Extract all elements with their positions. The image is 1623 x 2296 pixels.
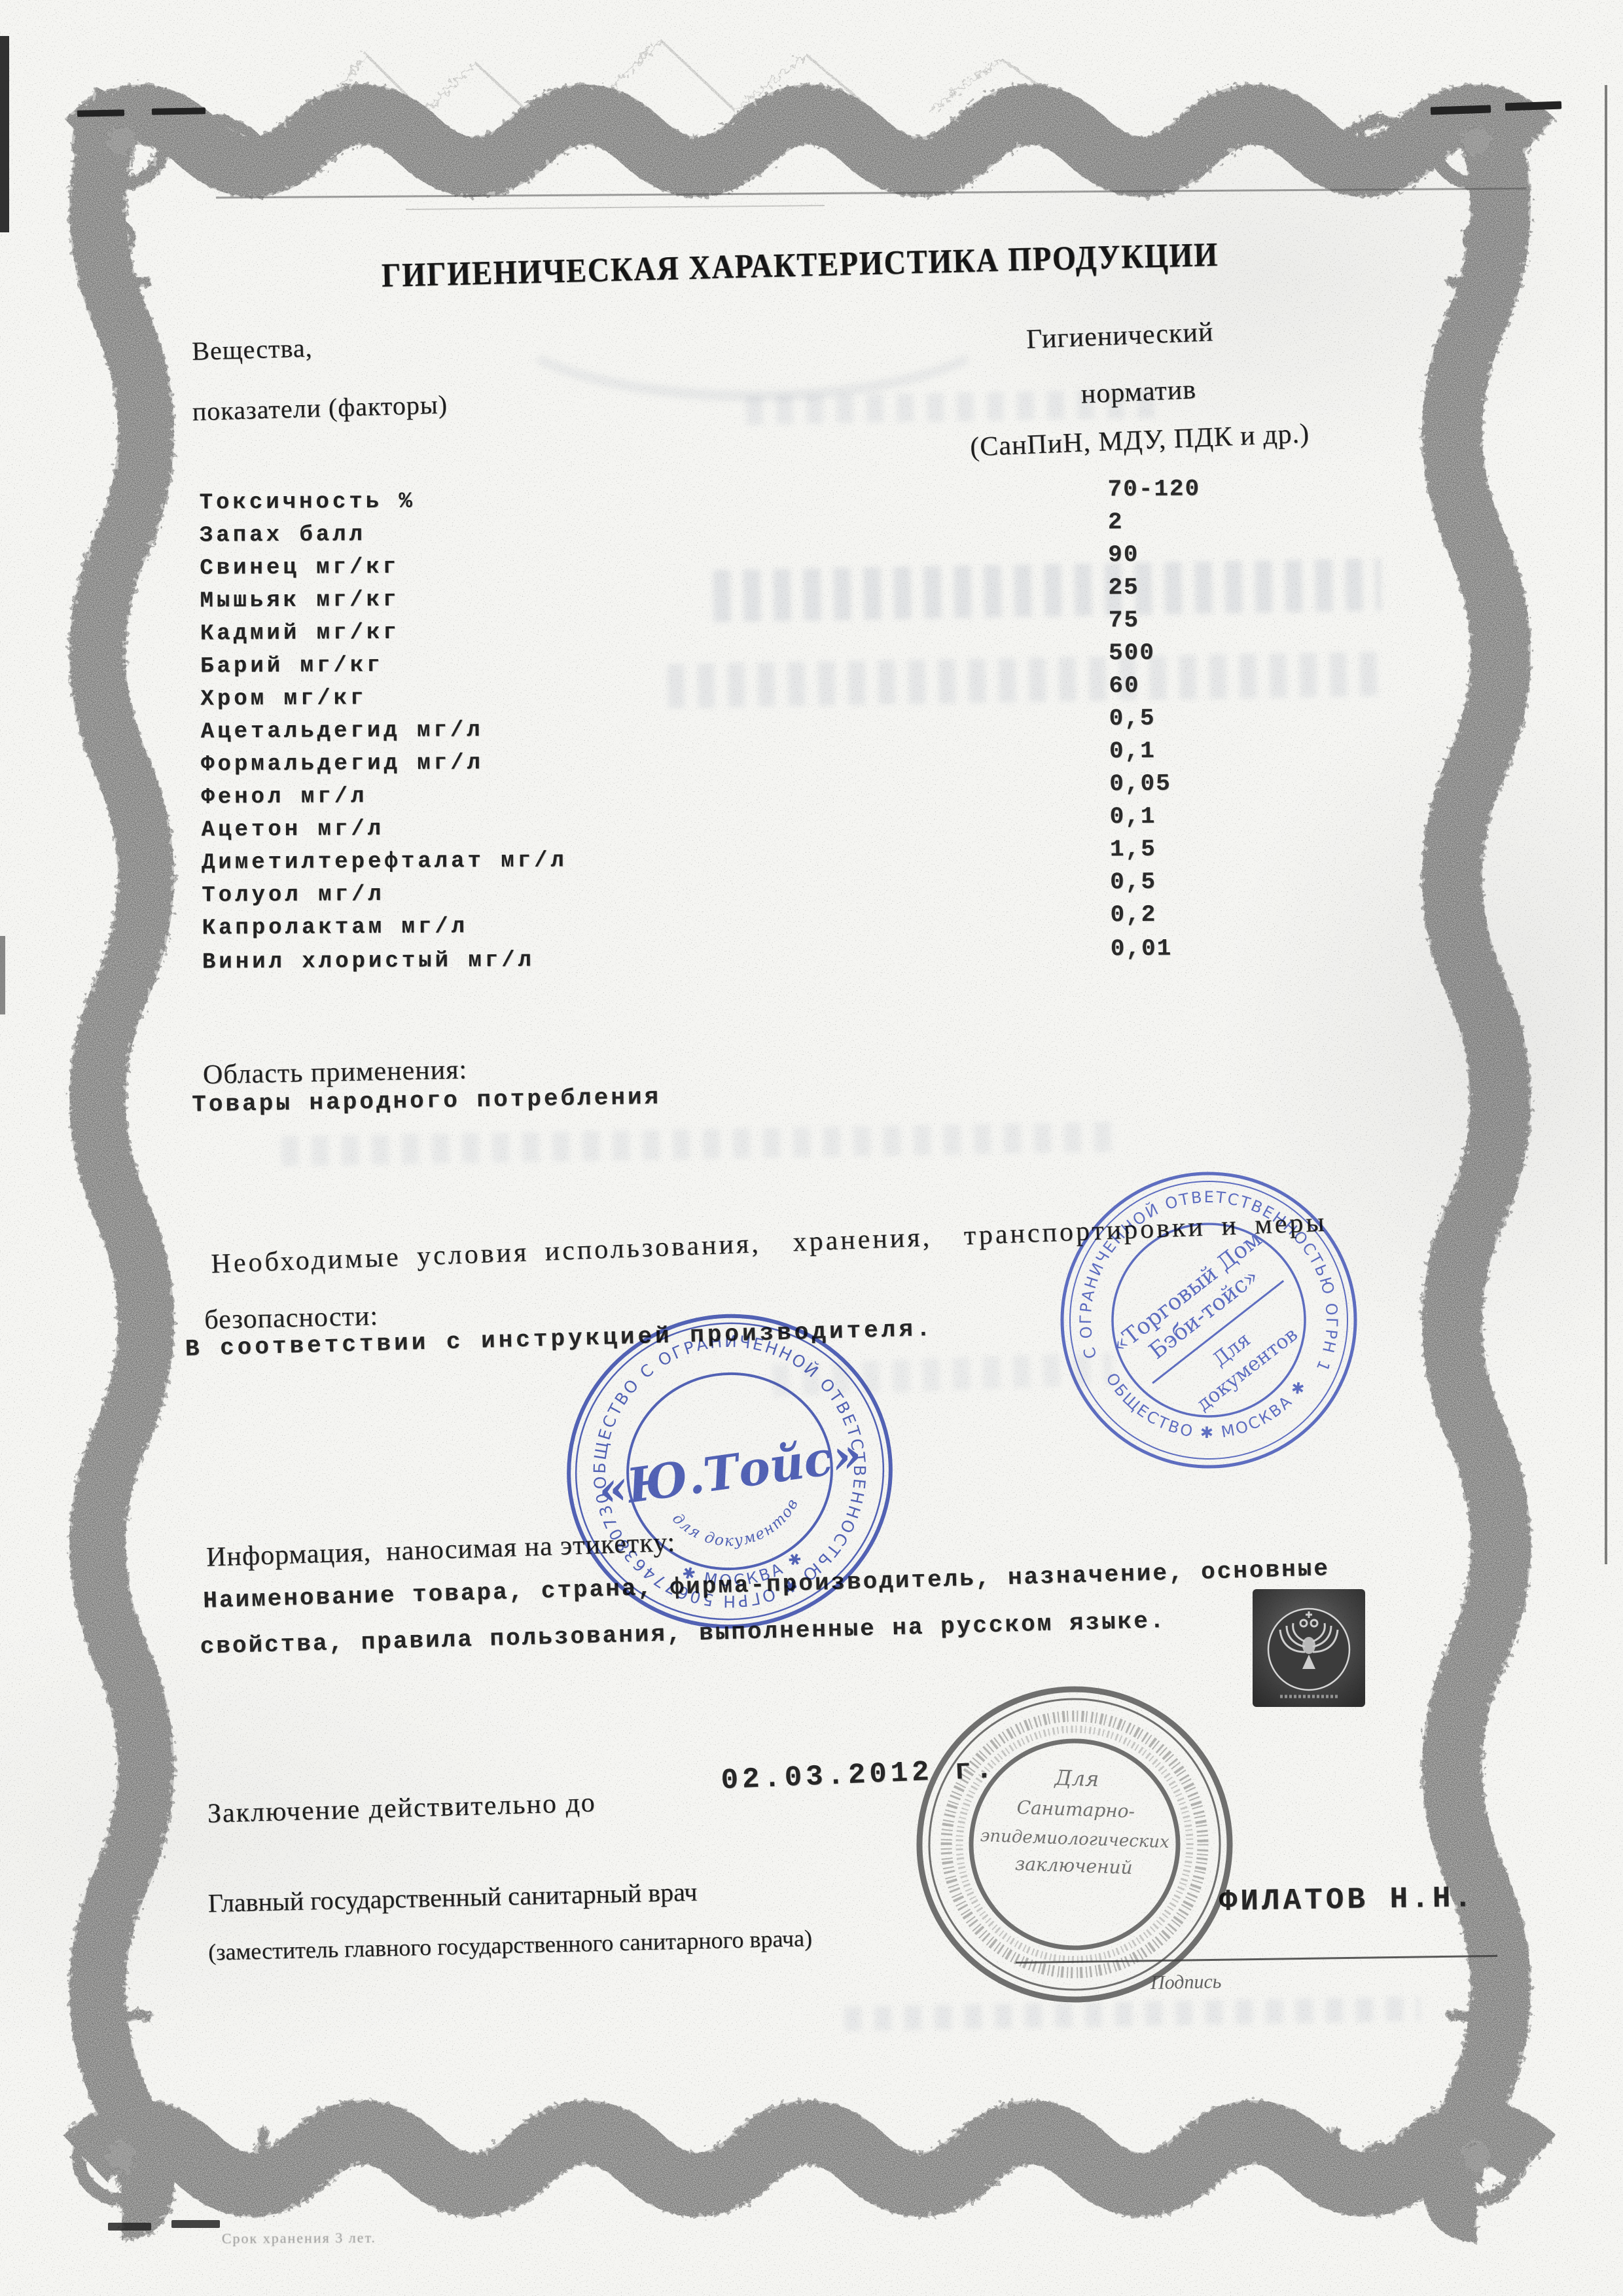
table-header-right-line3: (СанПиН, МДУ, ПДК и др.)	[969, 418, 1310, 463]
substance-value: 0,1	[1110, 803, 1156, 830]
table-header-left-line2: показатели (факторы)	[192, 389, 448, 427]
table-header-left-line1: Вещества,	[192, 332, 313, 367]
table-header-right-line1: Гигиенический	[1026, 316, 1214, 355]
substance-value: 25	[1108, 574, 1139, 601]
hologram-eagle-emblem	[1253, 1589, 1365, 1707]
table-row: Ацетон мг/л 0,1	[202, 801, 1445, 840]
scan-edge-artifact	[1605, 85, 1607, 1564]
substance-value: 0,01	[1111, 935, 1173, 963]
substance-label: Диметилтерефталат мг/л	[202, 848, 567, 875]
official-title-line1: Главный государственный санитарный врач	[207, 1876, 698, 1919]
scope-label: Область применения:	[203, 1054, 468, 1090]
table-row: Винил хлористый мг/л 0,01	[202, 933, 1446, 973]
table-row: Ацетальдегид мг/л 0,5	[201, 703, 1444, 742]
scan-edge-artifact	[0, 936, 5, 1014]
conditions-label-line2: безопасности:	[204, 1300, 379, 1336]
substance-label: Толуол мг/л	[202, 882, 385, 908]
substance-value: 0,1	[1109, 738, 1156, 764]
table-row: Диметилтерефталат мг/л 1,5	[202, 834, 1445, 873]
sanitary-round-stamp: Для Санитарно- эпидемиологических заключ…	[895, 1664, 1255, 2024]
substance-label: Ацетон мг/л	[202, 817, 385, 843]
registration-dash	[108, 2223, 151, 2231]
substance-value: 90	[1108, 541, 1139, 568]
table-row: Хром мг/кг 60	[200, 670, 1444, 709]
table-row: Кадмий мг/кг 75	[200, 605, 1444, 644]
table-row: Капролактам мг/л 0,2	[202, 899, 1445, 939]
substance-label: Фенол мг/л	[201, 784, 367, 810]
document-content: ГИГИЕНИЧЕСКАЯ ХАРАКТЕРИСТИКА ПРОДУКЦИИ В…	[0, 0, 1623, 2296]
substance-value: 0,5	[1109, 705, 1156, 732]
sanitary-center-line1: Для	[1053, 1765, 1099, 1791]
substance-value: 0,5	[1110, 869, 1156, 895]
substance-value: 75	[1109, 607, 1139, 634]
official-title-line2: (заместитель главного государственного с…	[208, 1924, 813, 1966]
substance-label: Запах балл	[200, 522, 366, 548]
substance-label: Формальдегид мг/л	[201, 751, 484, 778]
substance-label: Ацетальдегид мг/л	[201, 718, 484, 745]
sanitary-center-line2: Санитарно-	[1016, 1797, 1135, 1822]
table-row: Токсичность % 70-120	[199, 474, 1442, 513]
scan-edge-artifact	[0, 36, 9, 232]
substance-label: Токсичность %	[200, 490, 416, 516]
table-row: Мышьяк мг/кг 25	[200, 572, 1443, 611]
table-row: Запах балл 2	[200, 507, 1443, 546]
substance-value: 0,2	[1110, 901, 1156, 928]
substance-value: 500	[1109, 639, 1155, 666]
substance-label: Хром мг/кг	[200, 686, 366, 712]
substance-label: Мышьяк мг/кг	[200, 588, 399, 614]
validity-label: Заключение действительно до	[207, 1787, 596, 1829]
substance-value: 60	[1109, 672, 1139, 699]
registration-dash	[77, 109, 124, 117]
babytoys-round-stamp: С ОГРАНИЧЕННОЙ ОТВЕТСТВЕННОСТЬЮ ОГРН 106…	[1050, 1161, 1368, 1479]
table-row: Барий мг/кг 500	[200, 637, 1444, 677]
substance-value: 70-120	[1107, 475, 1200, 503]
sanitary-center-line4: заключений	[1015, 1853, 1133, 1878]
table-row: Фенол мг/л 0,05	[201, 768, 1444, 808]
substance-label: Кадмий мг/кг	[200, 620, 400, 647]
storage-note: Срок хранения 3 лет.	[222, 2229, 376, 2247]
substance-label: Капролактам мг/л	[202, 914, 469, 941]
document-title: ГИГИЕНИЧЕСКАЯ ХАРАКТЕРИСТИКА ПРОДУКЦИИ	[368, 234, 1232, 295]
official-name: ФИЛАТОВ Н.Н.	[1219, 1881, 1475, 1919]
scanned-certificate-page: ГИГИЕНИЧЕСКАЯ ХАРАКТЕРИСТИКА ПРОДУКЦИИ В…	[0, 0, 1623, 2296]
table-row: Формальдегид мг/л 0,1	[201, 736, 1444, 775]
registration-dash	[152, 107, 205, 115]
substance-label: Свинец мг/кг	[200, 555, 399, 581]
substance-value: 1,5	[1110, 836, 1156, 863]
table-header-right-line2: норматив	[1080, 374, 1197, 410]
utoys-round-stamp: ОБЩЕСТВО С ОГРАНИЧЕННОЙ ОТВЕТСТВЕННОСТЬЮ…	[537, 1279, 921, 1663]
sanitary-center-line3: эпидемиологических	[980, 1826, 1169, 1852]
table-row: Толуол мг/л 0,5	[202, 867, 1445, 906]
substance-value: 2	[1108, 509, 1124, 535]
substance-label: Барий мг/кг	[200, 653, 383, 679]
substance-label: Винил хлористый мг/л	[202, 948, 535, 975]
table-row: Свинец мг/кг 90	[200, 539, 1443, 579]
registration-dash	[171, 2220, 220, 2228]
signature-caption: Подпись	[1150, 1971, 1222, 1994]
substance-value: 0,05	[1109, 770, 1171, 798]
